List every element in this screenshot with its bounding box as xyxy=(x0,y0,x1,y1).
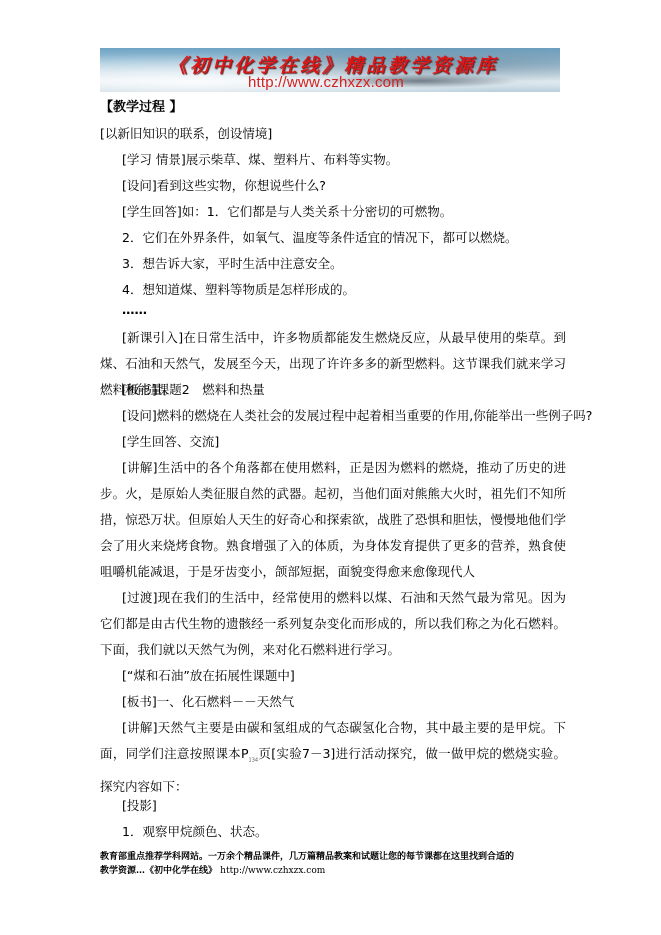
page-footer: 教育部重点推荐学科网站。一万余个精品课件，几万篇精品教案和试题让您的每节课都在这… xyxy=(100,850,570,878)
site-banner: 《初中化学在线》精品教学资源库 http://www.czhxzx.com xyxy=(100,48,560,92)
section-heading: 【教学过程 】 xyxy=(100,100,183,116)
board-title-line: [板书]课题2 燃料和热量 xyxy=(122,382,265,398)
page-number-subscript: 134 xyxy=(249,758,259,764)
paragraph-natural-gas: [讲解]天然气主要是由碳和氢组成的气态碳氢化合物，其中最主要的是甲烷。下面，同学… xyxy=(100,715,566,800)
banner-url[interactable]: http://www.czhxzx.com xyxy=(248,74,404,91)
intro-line: [以新旧知识的联系，创设情境] xyxy=(100,126,272,142)
text-line: [设问]看到这些实物，你想说些什么? xyxy=(122,178,326,194)
board-line: [板书]一、化石燃料－－天然气 xyxy=(122,694,294,710)
text-line: [学生回答、交流] xyxy=(122,434,219,450)
question-line: [设问]燃料的燃烧在人类社会的发展过程中起着相当重要的作用,你能举出一些例子吗? xyxy=(122,408,592,424)
text-line: 2．它们在外界条件，如氧气、温度等条件适宜的情况下，都可以燃烧。 xyxy=(122,230,517,246)
footer-line-2: 教学资源…《初中化学在线》 http://www.czhxzx.com xyxy=(100,864,570,878)
text-line: 4．想知道煤、塑料等物质是怎样形成的。 xyxy=(122,282,355,298)
text-line: [学生回答]如：1．它们都是与人类关系十分密切的可燃物。 xyxy=(122,204,452,220)
ellipsis-line: …… xyxy=(122,302,147,318)
text-line: 1．观察甲烷颜色、状态。 xyxy=(122,824,267,840)
text-line: [投影] xyxy=(122,798,157,814)
text-line: [学习 情景]展示柴草、煤、塑料片、布料等实物。 xyxy=(122,152,398,168)
paragraph-transition: [过渡]现在我们的生活中，经常使用的燃料以煤、石油和天然气最为常见。因为它们都是… xyxy=(100,585,566,663)
footer-line: 教育部重点推荐学科网站。一万余个精品课件，几万篇精品教案和试题让您的每节课都在这… xyxy=(100,850,570,864)
footer-text: 教学资源…《初中化学在线》 xyxy=(100,866,217,876)
footer-url-link[interactable]: http://www.czhxzx.com xyxy=(220,866,325,876)
text-line: 3．想告诉大家，平时生活中注意安全。 xyxy=(122,256,342,272)
text-line: [“煤和石油”放在拓展性课题中] xyxy=(122,668,295,684)
paragraph-explanation: [讲解]生活中的各个角落都在使用燃料，正是因为燃料的燃烧，推动了历史的进步。火，… xyxy=(100,455,566,585)
